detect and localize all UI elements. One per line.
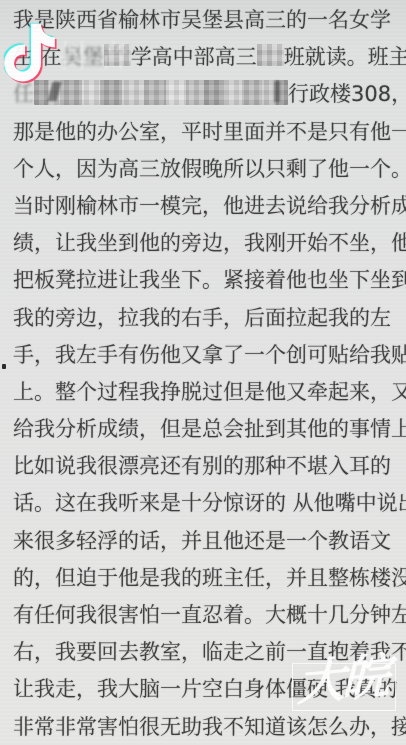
text-line: 个人，因为高三放假晚所以只剩了他一个。 <box>13 151 403 188</box>
line-text: 比如说我很漂亮还有别的那种不堪入耳的 <box>13 454 391 478</box>
text-line: 把板凳拉进让我坐下。紧接着他也坐下坐到 <box>13 262 403 299</box>
line-text: 话。这在我听来是十分惊讶的 从他嘴中说出 <box>13 491 406 515</box>
text-line: 有任何我很害怕一直忍着。大概十几分钟左 <box>13 597 403 634</box>
line-text: 那是他的办公室，平时里面并不是只有他一 <box>13 120 406 144</box>
stray-dot <box>2 364 6 369</box>
line-text: 我是陕西省榆林市吴堡县高三的一名女学 <box>13 8 391 32</box>
line-text: 班就读。班主 <box>284 45 406 69</box>
text-line: 上。整个过程我挣脱过但是他又牵起来，又 <box>13 374 403 411</box>
line-text: 绩，让我坐到他的旁边，我刚开始不坐，他 <box>13 231 406 255</box>
text-line: 我的旁边，拉我的右手，后面拉起我的左 <box>13 300 403 337</box>
text-block: 我是陕西省榆林市吴堡县高三的一名女学 生 在吴堡学高中部高三班就读。班主 任行政… <box>13 0 403 745</box>
line-text: 有任何我很害怕一直忍着。大概十几分钟左 <box>13 603 406 627</box>
line-text: 行政楼308， <box>288 82 406 106</box>
line-text: 把板凳拉进让我坐下。紧接着他也坐下坐到 <box>13 268 406 292</box>
line-text: 上。整个过程我挣脱过但是他又牵起来，又 <box>13 380 406 404</box>
line-text: 个人，因为高三放假晚所以只剩了他一个。 <box>13 157 406 181</box>
text-line: 当时刚榆林市一模完，他进去说给我分析成 <box>13 188 403 225</box>
mosaic-redaction-name <box>34 80 288 105</box>
faded-redacted-text: 任 <box>13 82 34 106</box>
text-line: 非常非常害怕很无助我不知道该怎么办，接 <box>13 709 403 745</box>
mosaic-redaction-class <box>257 44 284 66</box>
press-watermark-text: 大皖 <box>297 646 388 714</box>
douyin-watermark-text: 抖音 <box>58 31 138 76</box>
line-text: 当时刚榆林市一模完，他进去说给我分析成 <box>13 194 406 218</box>
text-line: 给我分析成绩，但是总会扯到其他的事情上 <box>13 411 403 448</box>
text-line: 话。这在我听来是十分惊讶的 从他嘴中说出 <box>13 485 403 522</box>
text-line: 来很多轻浮的话，并且他还是一个教语文 <box>13 523 403 560</box>
line-text: 给我分析成绩，但是总会扯到其他的事情上 <box>13 417 406 441</box>
text-line: 绩，让我坐到他的旁边，我刚开始不坐，他 <box>13 225 403 262</box>
text-line: 比如说我很漂亮还有别的那种不堪入耳的 <box>13 448 403 485</box>
text-line: 的，但迫于他是我的班主任，并且整栋楼没 <box>13 560 403 597</box>
line-text: 我的旁边，拉我的右手，后面拉起我的左 <box>13 306 391 330</box>
text-line: 那是他的办公室，平时里面并不是只有他一 <box>13 114 403 151</box>
line-text: 的，但迫于他是我的班主任，并且整栋楼没 <box>13 566 406 590</box>
line-text: 手，我左手有伤他又拿了一个创可贴给我贴 <box>13 343 406 367</box>
douyin-note-icon <box>4 23 58 85</box>
text-line: 任行政楼308， <box>13 76 403 113</box>
line-text: 非常非常害怕很无助我不知道该怎么办，接 <box>13 715 406 739</box>
text-line: 手，我左手有伤他又拿了一个创可贴给我贴 <box>13 337 403 374</box>
screenshot-root: 我是陕西省榆林市吴堡县高三的一名女学 生 在吴堡学高中部高三班就读。班主 任行政… <box>0 0 406 745</box>
line-text: 学高中部高三 <box>131 45 257 69</box>
line-text: 来很多轻浮的话，并且他还是一个教语文 <box>13 529 391 553</box>
